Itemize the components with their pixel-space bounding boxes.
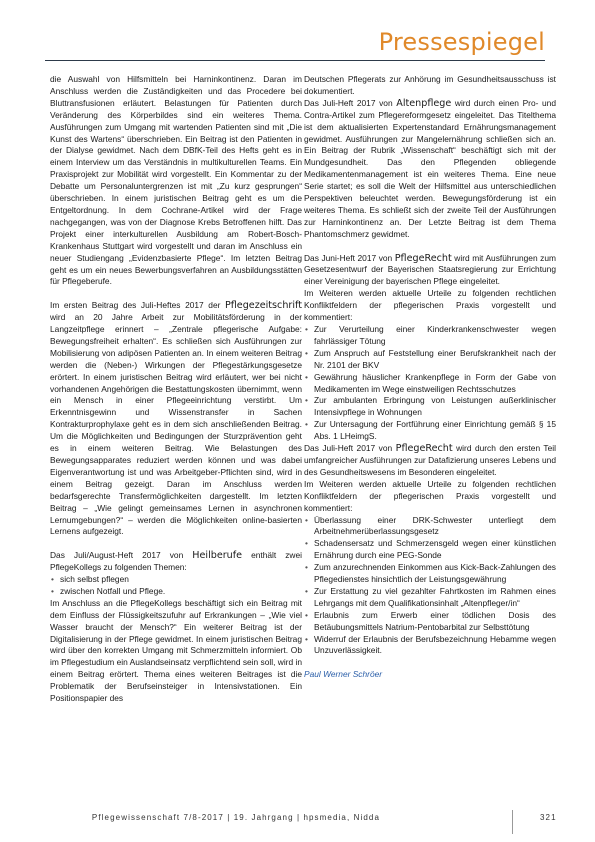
page-footer: Pflegewissenschaft 7/8-2017 | 19. Jahrga… xyxy=(0,810,595,830)
publication-name: Pflegezeitschrift xyxy=(225,300,302,311)
bullet-list: Überlassung einer DRK-Schwester unterlie… xyxy=(304,515,556,658)
publication-name: PflegeRecht xyxy=(395,253,452,264)
text: wird durch einen Pro- und Contra-Artikel… xyxy=(304,98,556,239)
publication-name: PflegeRecht xyxy=(396,443,453,454)
bullet-list: Zur Verurteilung einer Kinderkrankenschw… xyxy=(304,324,556,443)
list-item: Widerruf der Erlaubnis der Berufsbezeich… xyxy=(304,634,556,658)
paragraph: Im Anschluss an die PflegeKollegs beschä… xyxy=(50,598,302,705)
text: Das Juni-Heft 2017 von xyxy=(304,253,395,263)
paragraph: Im ersten Beitrag des Juli-Heftes 2017 d… xyxy=(50,300,302,538)
footer-journal-info: Pflegewissenschaft 7/8-2017 | 19. Jahrga… xyxy=(92,813,380,822)
page-number: 321 xyxy=(540,813,557,822)
header-rule xyxy=(45,60,545,61)
section-title: Pressespiegel xyxy=(379,28,545,56)
footer-divider xyxy=(512,810,513,834)
paragraph: Im Weiteren werden aktuelle Urteile zu f… xyxy=(304,288,556,324)
text: wird an 20 Jahre Arbeit zur Mobilitätsfö… xyxy=(50,312,302,536)
paragraph: Im Weiteren werden aktuelle Urteile zu f… xyxy=(304,479,556,515)
list-item: Zum Anspruch auf Feststellung einer Beru… xyxy=(304,348,556,372)
text: Das Juli-Heft 2017 von xyxy=(304,98,396,108)
publication-name: Heilberufe xyxy=(192,550,242,561)
list-item: sich selbst pflegen xyxy=(50,574,302,586)
list-item: Zur ambulanten Erbringung von Leistungen… xyxy=(304,395,556,419)
right-column: Deutschen Pflegerats zur Anhörung im Ges… xyxy=(304,74,556,681)
list-item: Zur Untersagung der Fortführung einer Ei… xyxy=(304,419,556,443)
list-item: Zur Verurteilung einer Kinderkrankenschw… xyxy=(304,324,556,348)
list-item: Gewährung häuslicher Krankenpflege in Fo… xyxy=(304,372,556,396)
list-item: zwischen Notfall und Pflege. xyxy=(50,586,302,598)
paragraph: Deutschen Pflegerats zur Anhörung im Ges… xyxy=(304,74,556,98)
list-item: Schadensersatz und Schmerzensgeld wegen … xyxy=(304,538,556,562)
list-item: Überlassung einer DRK-Schwester unterlie… xyxy=(304,515,556,539)
list-item: Zur Erstattung zu viel gezahlter Fahrtko… xyxy=(304,586,556,610)
bullet-list: sich selbst pflegen zwischen Notfall und… xyxy=(50,574,302,598)
publication-name: Altenpflege xyxy=(396,98,451,109)
paragraph: Das Juli/August-Heft 2017 von Heilberufe… xyxy=(50,550,302,574)
text: Das Juli-Heft 2017 von xyxy=(304,443,396,453)
list-item: Zum anzurechnenden Einkommen aus Kick-Ba… xyxy=(304,562,556,586)
author-name: Paul Werner Schröer xyxy=(304,669,556,681)
text: Im ersten Beitrag des Juli-Heftes 2017 d… xyxy=(50,300,225,310)
left-column: die Auswahl von Hilfsmitteln bei Harnink… xyxy=(50,74,302,705)
text: Das Juli/August-Heft 2017 von xyxy=(50,550,192,560)
paragraph: Das Juli-Heft 2017 von Altenpflege wird … xyxy=(304,98,556,241)
paragraph: Das Juni-Heft 2017 von PflegeRecht wird … xyxy=(304,253,556,289)
paragraph: Das Juli-Heft 2017 von PflegeRecht wird … xyxy=(304,443,556,479)
list-item: Erlaubnis zum Erwerb einer tödlichen Dos… xyxy=(304,610,556,634)
paragraph: die Auswahl von Hilfsmitteln bei Harnink… xyxy=(50,74,302,288)
